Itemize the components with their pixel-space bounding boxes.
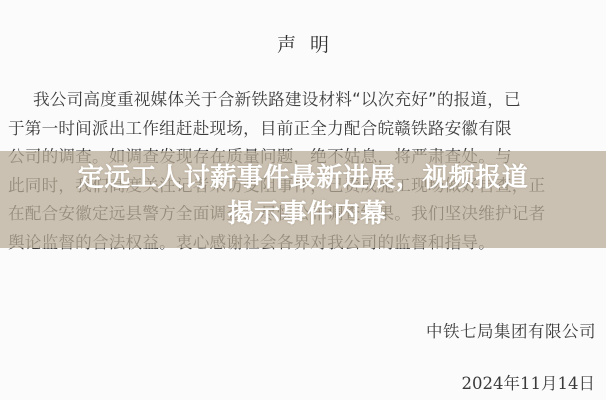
headline-caption: 定远工人讨薪事件最新进展，视频报道 揭示事件内幕 — [0, 160, 606, 232]
body-line: 我公司高度重视媒体关于合新铁路建设材料“以次充好”的报道，已 — [8, 86, 600, 115]
company-signature: 中铁七局集团有限公司 — [426, 318, 596, 342]
statement-date: 2024年11月14日 — [462, 370, 595, 394]
document-title: 声明 — [0, 30, 606, 57]
body-line: 于第一时间派出工作组赶赴现场，目前正全力配合皖赣铁路安徽有限 — [8, 115, 600, 144]
headline-line-2: 揭示事件内幕 — [0, 196, 606, 232]
headline-line-1: 定远工人讨薪事件最新进展，视频报道 — [0, 160, 606, 196]
